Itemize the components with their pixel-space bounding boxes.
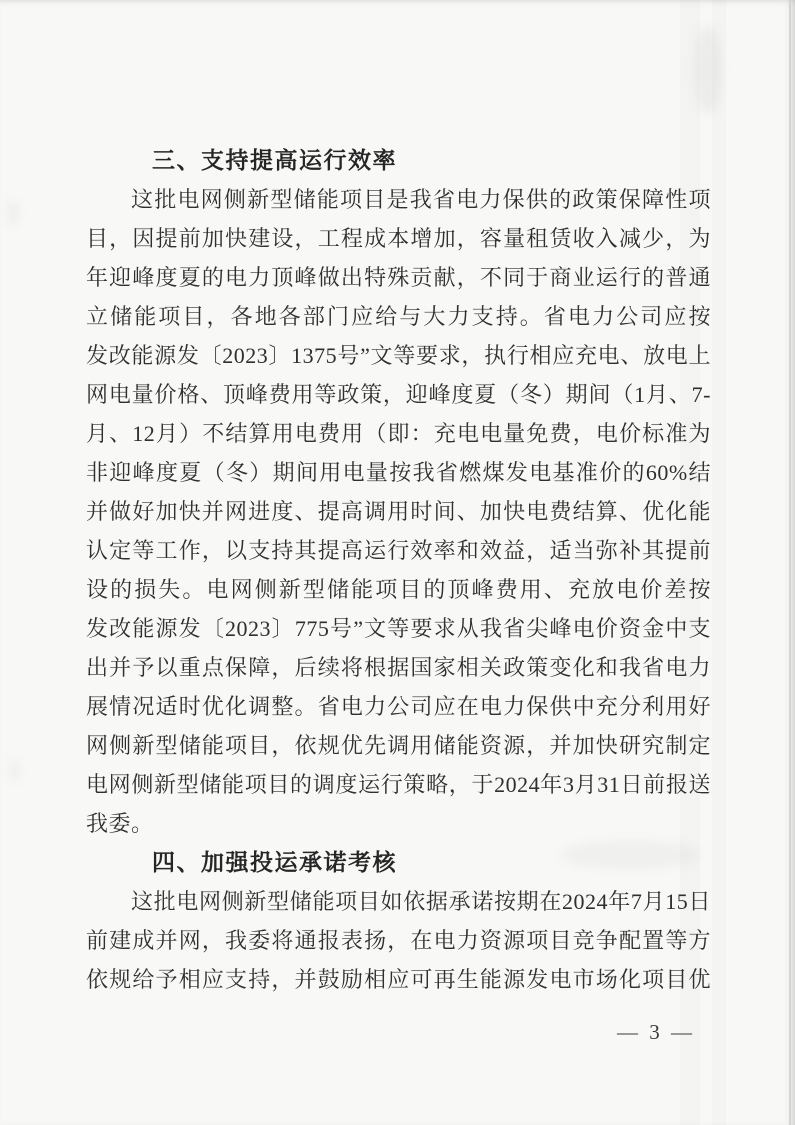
text-line: 发改能源发〔2023〕775号”文等要求从我省尖峰电价资金中支 <box>86 609 711 648</box>
paragraph: 这批电网侧新型储能项目是我省电力保供的政策保障性项目，因提前加快建设，工程成本增… <box>86 180 711 843</box>
document-page: 三、支持提高运行效率这批电网侧新型储能项目是我省电力保供的政策保障性项目，因提前… <box>0 0 795 1125</box>
text-line: 设的损失。电网侧新型储能项目的顶峰费用、充放电价差按照“苏 <box>86 570 711 609</box>
section-heading: 三、支持提高运行效率 <box>86 141 711 180</box>
text-line: 并做好加快并网进度、提高调用时间、加快电费结算、优化能力 <box>86 492 711 531</box>
text-line: 发改能源发〔2023〕1375号”文等要求，执行相应充电、放电上 <box>86 336 711 375</box>
text-line: 网电量价格、顶峰费用等政策，迎峰度夏（冬）期间（1月、7-8 <box>86 375 711 414</box>
text-line: 年迎峰度夏的电力顶峰做出特殊贡献，不同于商业运行的普通独 <box>86 258 711 297</box>
scan-artifact <box>8 200 18 226</box>
document-body: 三、支持提高运行效率这批电网侧新型储能项目是我省电力保供的政策保障性项目，因提前… <box>86 141 711 999</box>
paragraph: 这批电网侧新型储能项目如依据承诺按期在2024年7月15日前建成并网，我委将通报… <box>86 882 711 999</box>
text-line: 这批电网侧新型储能项目是我省电力保供的政策保障性项 <box>86 180 711 219</box>
text-line: 我委。 <box>86 804 711 843</box>
text-line: 非迎峰度夏（冬）期间用电量按我省燃煤发电基准价的60%结算， <box>86 453 711 492</box>
page-number: — 3 — <box>617 1020 695 1045</box>
scan-artifact <box>695 25 721 115</box>
text-line: 目，因提前加快建设，工程成本增加，容量租赁收入减少，为2024 <box>86 219 711 258</box>
text-line: 这批电网侧新型储能项目如依据承诺按期在2024年7月15日 <box>86 882 711 921</box>
scan-artifact <box>10 760 19 782</box>
page-right-edge <box>789 0 791 1125</box>
text-line: 月、12月）不结算用电费用（即：充电电量免费，电价标准为零）， <box>86 414 711 453</box>
section-heading: 四、加强投运承诺考核 <box>86 843 711 882</box>
text-line: 认定等工作，以支持其提高运行效率和效益，适当弥补其提前建 <box>86 531 711 570</box>
text-line: 立储能项目，各地各部门应给与大力支持。省电力公司应按照“苏 <box>86 297 711 336</box>
text-line: 电网侧新型储能项目的调度运行策略，于2024年3月31日前报送 <box>86 765 711 804</box>
text-line: 展情况适时优化调整。省电力公司应在电力保供中充分利用好电 <box>86 687 711 726</box>
text-line: 依规给予相应支持，并鼓励相应可再生能源发电市场化项目优先 <box>86 960 711 999</box>
text-line: 出并予以重点保障，后续将根据国家相关政策变化和我省电力发 <box>86 648 711 687</box>
text-line: 前建成并网，我委将通报表扬，在电力资源项目竞争配置等方面 <box>86 921 711 960</box>
text-line: 网侧新型储能项目，依规优先调用储能资源，并加快研究制定对 <box>86 726 711 765</box>
